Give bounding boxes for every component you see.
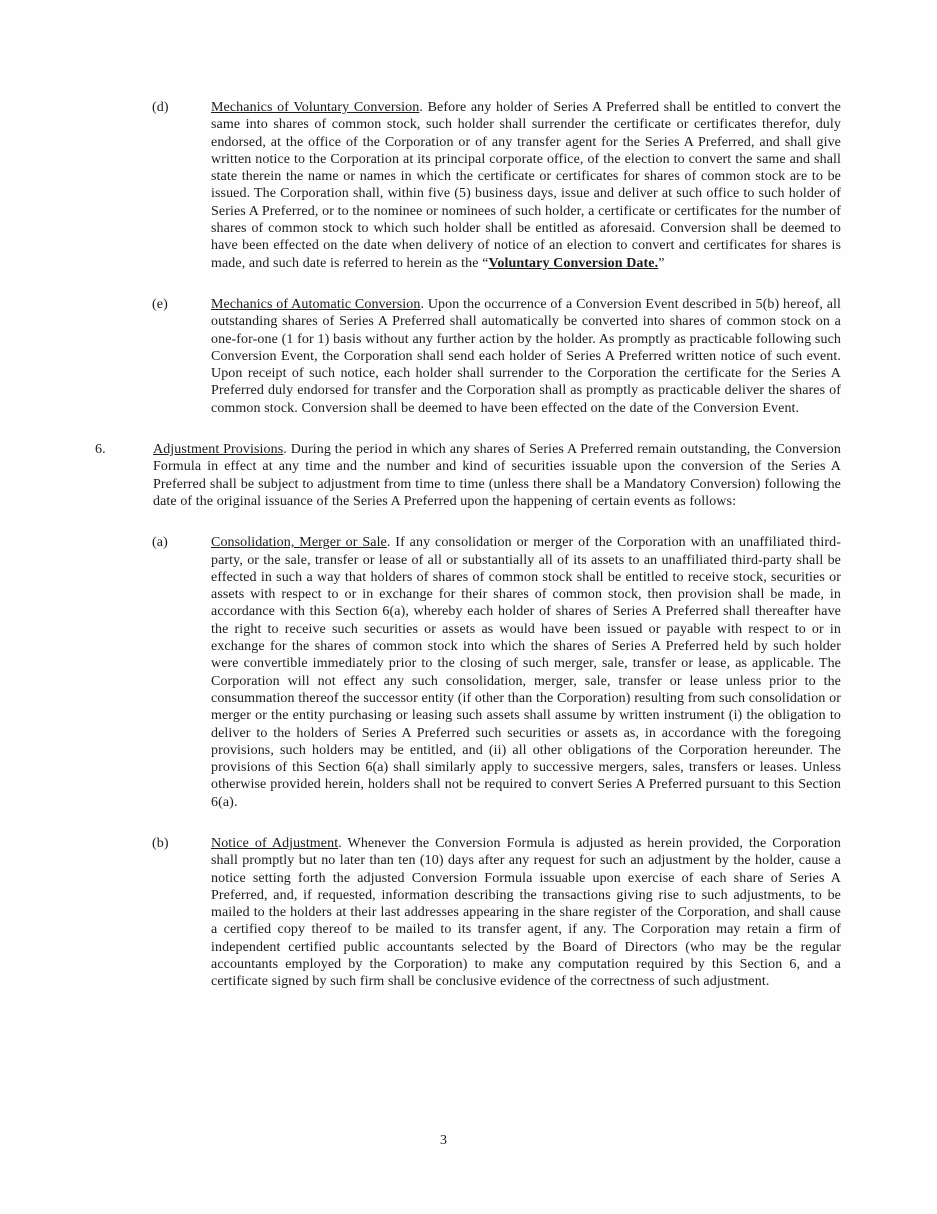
section-e-label: (e) xyxy=(152,296,168,313)
section-b-paragraph: (b)Notice of Adjustment. Whenever the Co… xyxy=(211,835,841,991)
section-a-heading: Consolidation, Merger or Sale xyxy=(211,535,387,550)
section-a-label: (a) xyxy=(152,534,168,551)
section-a-paragraph: (a)Consolidation, Merger or Sale. If any… xyxy=(211,534,841,811)
voluntary-conversion-date-term: Voluntary Conversion Date. xyxy=(489,256,659,271)
section-e-body: . Upon the occurrence of a Conversion Ev… xyxy=(211,297,841,416)
document-page: (d)Mechanics of Voluntary Conversion. Be… xyxy=(0,0,937,1214)
section-d-paragraph: (d)Mechanics of Voluntary Conversion. Be… xyxy=(211,99,841,272)
document-body: (d)Mechanics of Voluntary Conversion. Be… xyxy=(0,99,841,1015)
section-d-body-end: ” xyxy=(658,256,664,271)
page-number: 3 xyxy=(440,1133,447,1149)
section-e-heading: Mechanics of Automatic Conversion xyxy=(211,297,420,312)
section-d-label: (d) xyxy=(152,99,169,116)
section-6-label: 6. xyxy=(95,441,106,458)
section-d-body: . Before any holder of Series A Preferre… xyxy=(211,100,841,271)
section-b-body: . Whenever the Conversion Formula is adj… xyxy=(211,836,841,989)
section-b-heading: Notice of Adjustment xyxy=(211,836,338,851)
section-b-label: (b) xyxy=(152,835,169,852)
section-a-body: . If any consolidation or merger of the … xyxy=(211,535,841,809)
section-6-heading: Adjustment Provisions xyxy=(153,442,283,457)
section-e-paragraph: (e)Mechanics of Automatic Conversion. Up… xyxy=(211,296,841,417)
section-d-heading: Mechanics of Voluntary Conversion xyxy=(211,100,419,115)
section-6-paragraph: 6.Adjustment Provisions. During the peri… xyxy=(153,441,841,510)
